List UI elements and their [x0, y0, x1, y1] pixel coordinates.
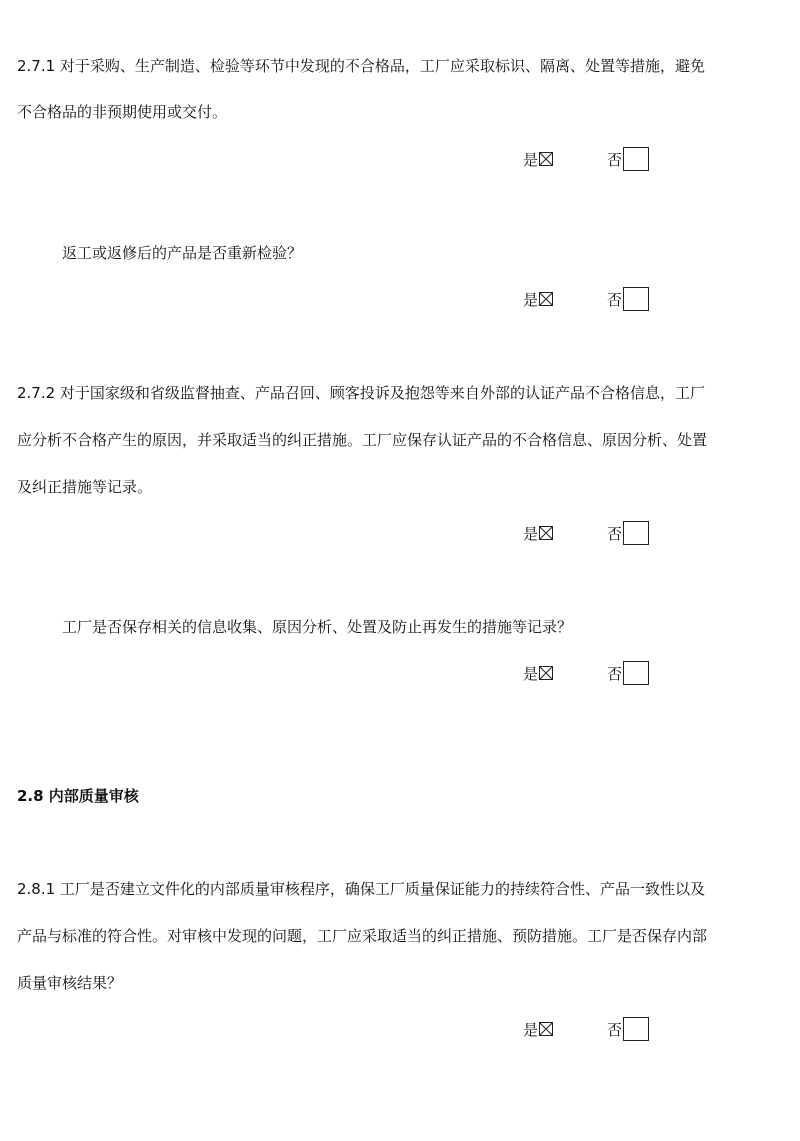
empty-box-icon[interactable]	[623, 521, 649, 545]
no-label: 否	[607, 149, 622, 170]
answer-2-7-2: 是 否	[523, 520, 649, 546]
checked-box-icon[interactable]	[539, 666, 553, 680]
no-option[interactable]: 否	[607, 661, 649, 685]
empty-box-icon[interactable]	[623, 147, 649, 171]
yes-label: 是	[523, 289, 538, 310]
empty-box-icon[interactable]	[623, 661, 649, 685]
yes-option[interactable]: 是	[523, 1019, 607, 1040]
section-2-8-1-line-2: 产品与标准的符合性。对审核中发现的问题，工厂应采取适当的纠正措施、预防措施。工厂…	[17, 926, 707, 946]
answer-rework: 是 否	[523, 286, 649, 312]
answer-2-8-1: 是 否	[523, 1016, 649, 1042]
no-option[interactable]: 否	[607, 147, 649, 171]
section-2-7-2-line-1: 2.7.2 对于国家级和省级监督抽查、产品召回、顾客投诉及抱怨等来自外部的认证产…	[17, 383, 705, 403]
section-2-7-2-line-2: 应分析不合格产生的原因，并采取适当的纠正措施。工厂应保存认证产品的不合格信息、原…	[17, 430, 707, 450]
answer-records: 是 否	[523, 660, 649, 686]
question-records-kept: 工厂是否保存相关的信息收集、原因分析、处置及防止再发生的措施等记录？	[62, 617, 572, 637]
section-2-7-1-line-2: 不合格品的非预期使用或交付。	[17, 102, 227, 122]
no-label: 否	[607, 663, 622, 684]
section-2-7-2-line-3: 及纠正措施等记录。	[17, 477, 152, 497]
no-option[interactable]: 否	[607, 287, 649, 311]
empty-box-icon[interactable]	[623, 287, 649, 311]
yes-option[interactable]: 是	[523, 523, 607, 544]
checked-box-icon[interactable]	[539, 1022, 553, 1036]
yes-option[interactable]: 是	[523, 289, 607, 310]
yes-label: 是	[523, 1019, 538, 1040]
yes-option[interactable]: 是	[523, 149, 607, 170]
yes-label: 是	[523, 149, 538, 170]
answer-2-7-1: 是 否	[523, 146, 649, 172]
section-heading-2-8: 2.8 内部质量审核	[17, 786, 139, 806]
yes-label: 是	[523, 523, 538, 544]
section-2-8-1-line-3: 质量审核结果？	[17, 973, 122, 993]
no-option[interactable]: 否	[607, 1017, 649, 1041]
yes-label: 是	[523, 663, 538, 684]
section-2-8-1-line-1: 2.8.1 工厂是否建立文件化的内部质量审核程序，确保工厂质量保证能力的持续符合…	[17, 879, 705, 899]
section-2-7-1-line-1: 2.7.1 对于采购、生产制造、检验等环节中发现的不合格品，工厂应采取标识、隔离…	[17, 56, 705, 76]
no-label: 否	[607, 289, 622, 310]
checked-box-icon[interactable]	[539, 526, 553, 540]
checked-box-icon[interactable]	[539, 152, 553, 166]
question-rework-inspection: 返工或返修后的产品是否重新检验？	[62, 243, 302, 263]
empty-box-icon[interactable]	[623, 1017, 649, 1041]
no-label: 否	[607, 1019, 622, 1040]
no-label: 否	[607, 523, 622, 544]
yes-option[interactable]: 是	[523, 663, 607, 684]
no-option[interactable]: 否	[607, 521, 649, 545]
checked-box-icon[interactable]	[539, 292, 553, 306]
